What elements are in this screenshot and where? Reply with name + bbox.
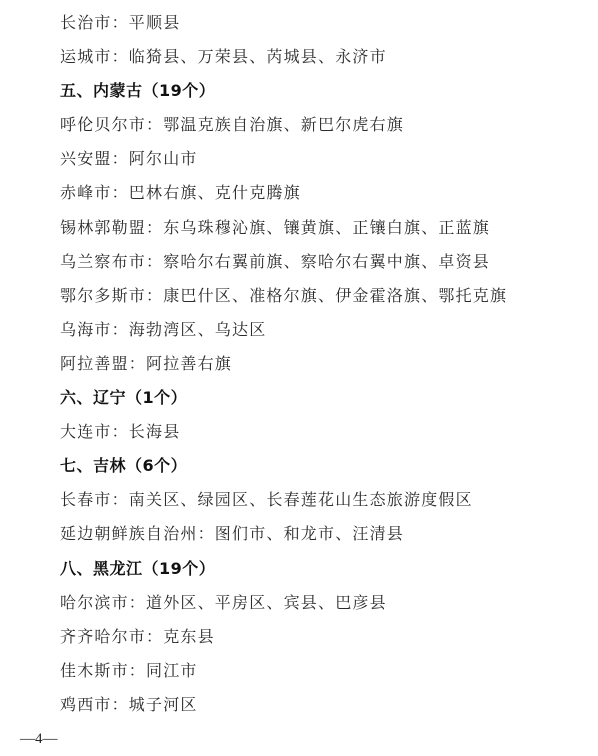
page-number: —4— xyxy=(20,729,58,749)
section-heading-jilin: 七、吉林（6个） xyxy=(60,449,580,483)
entry-alashan: 阿拉善盟：阿拉善右旗 xyxy=(60,347,580,381)
document-body: 长治市：平顺县 运城市：临猗县、万荣县、芮城县、永济市 五、内蒙古（19个） 呼… xyxy=(60,6,580,722)
document-page: 长治市：平顺县 运城市：临猗县、万荣县、芮城县、永济市 五、内蒙古（19个） 呼… xyxy=(0,0,598,756)
entry-chifeng: 赤峰市：巴林右旗、克什克腾旗 xyxy=(60,176,580,210)
entry-jiamusi: 佳木斯市：同江市 xyxy=(60,654,580,688)
entry-xinganmeng: 兴安盟：阿尔山市 xyxy=(60,142,580,176)
entry-yanbian: 延边朝鲜族自治州：图们市、和龙市、汪清县 xyxy=(60,517,580,551)
entry-eerduosi: 鄂尔多斯市：康巴什区、准格尔旗、伊金霍洛旗、鄂托克旗 xyxy=(60,279,580,313)
entry-yuncheng: 运城市：临猗县、万荣县、芮城县、永济市 xyxy=(60,40,580,74)
entry-wuhai: 乌海市：海勃湾区、乌达区 xyxy=(60,313,580,347)
entry-dalian: 大连市：长海县 xyxy=(60,415,580,449)
entry-xilinguole: 锡林郭勒盟：东乌珠穆沁旗、镶黄旗、正镶白旗、正蓝旗 xyxy=(60,211,580,245)
entry-changchun: 长春市：南关区、绿园区、长春莲花山生态旅游度假区 xyxy=(60,483,580,517)
entry-changzhi: 长治市：平顺县 xyxy=(60,6,580,40)
entry-jixi: 鸡西市：城子河区 xyxy=(60,688,580,722)
entry-wulanchabu: 乌兰察布市：察哈尔右翼前旗、察哈尔右翼中旗、卓资县 xyxy=(60,245,580,279)
section-heading-liaoning: 六、辽宁（1个） xyxy=(60,381,580,415)
section-heading-heilongjiang: 八、黑龙江（19个） xyxy=(60,552,580,586)
entry-hulunbeier: 呼伦贝尔市：鄂温克族自治旗、新巴尔虎右旗 xyxy=(60,108,580,142)
section-heading-neimenggu: 五、内蒙古（19个） xyxy=(60,74,580,108)
entry-haerbin: 哈尔滨市：道外区、平房区、宾县、巴彦县 xyxy=(60,586,580,620)
entry-qiqihaer: 齐齐哈尔市：克东县 xyxy=(60,620,580,654)
